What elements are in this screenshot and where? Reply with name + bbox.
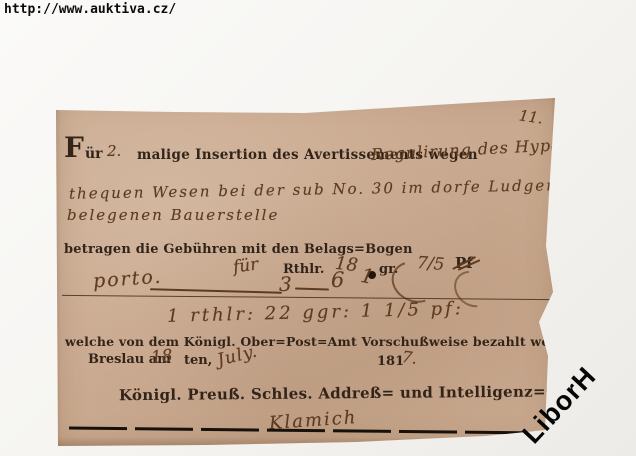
printed-year: 181 <box>377 354 404 369</box>
source-url-label: http://www.auktiva.cz/ <box>4 2 176 17</box>
hw-total: 1 rthlr: 22 ggr: 1 1/5 pf: <box>167 298 464 327</box>
hw-year-digit: 7. <box>401 347 419 368</box>
hw-porto-digit3: 1 <box>359 263 376 289</box>
watermark: LiborH <box>519 352 636 456</box>
printed-initial: F <box>64 138 84 158</box>
hw-subject-line3: belegenen Bauerstelle <box>67 206 279 224</box>
hw-fuer-scribble: für <box>232 254 260 277</box>
printed-fees-intro: betragen die Gebühren mit den Belags=Bog… <box>64 242 413 257</box>
hw-dash <box>295 287 329 290</box>
printed-ten-suffix: ten, <box>184 353 212 368</box>
hw-subject-line2: thequen Wesen bei der sub No. 30 im dorf… <box>69 175 616 203</box>
printed-word-rest: ür <box>85 146 103 162</box>
hw-porto-digit1: 3 <box>279 272 292 296</box>
hw-day: 18 <box>150 346 174 368</box>
printed-paid-line: welche von dem Königl. Ober=Post=Amt Vor… <box>65 334 623 349</box>
folio-number: 11. <box>518 106 544 127</box>
hw-insertion-count: 2. <box>107 142 121 160</box>
watermark-text: LiborH <box>516 361 602 450</box>
receipt-document: 11. F ür 2. malige Insertion des Avertis… <box>55 94 557 446</box>
scan-page: http://www.auktiva.cz/ 11. F ür 2. malig… <box>0 0 636 456</box>
hw-porto-underline <box>150 288 282 293</box>
hw-porto-digit2: 6 <box>331 268 344 292</box>
